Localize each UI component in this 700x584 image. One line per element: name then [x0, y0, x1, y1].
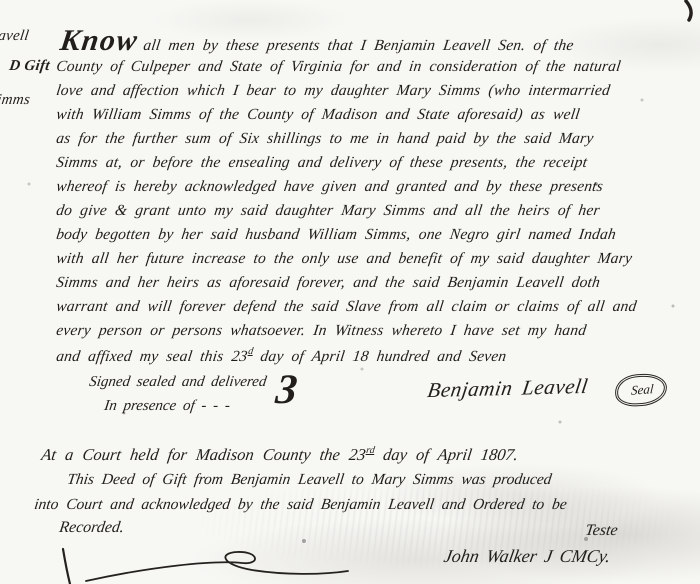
attestation-line-1: Signed sealed and delivered: [88, 374, 268, 391]
teste-label: Teste: [584, 522, 619, 540]
deed-body-line: do give & grant unto my said daughter Ma…: [55, 202, 601, 220]
deed-body-line: love and affection which I bear to my da…: [55, 82, 611, 100]
court-record-line-3: into Court and acknowledged by the said …: [33, 496, 568, 514]
seal-mark: Seal: [614, 372, 668, 408]
closing-line-text: and affixed my seal this 23: [55, 348, 249, 365]
deed-closing-line: and affixed my seal this 23d day of Apri…: [55, 346, 508, 366]
court-record-line-1: At a Court held for Madison County the 2…: [40, 445, 519, 465]
court-line-text: At a Court held for Madison County the 2…: [40, 445, 367, 464]
grantor-signature: Benjamin Leavell: [426, 374, 590, 403]
deed-body-line: with William Simms of the County of Madi…: [55, 106, 581, 124]
opening-line-text: all men by these presents that I Benjami…: [142, 37, 575, 54]
court-record-line-2: This Deed of Gift from Benjamin Leavell …: [66, 471, 553, 489]
deed-body-line: County of Culpeper and State of Virginia…: [55, 58, 622, 76]
closing-line-text: day of April 18 hundred and Seven: [251, 348, 507, 365]
court-line-text: day of April 1807.: [373, 445, 520, 464]
deed-body-line: Simms and her heirs as aforesaid forever…: [55, 274, 601, 292]
scan-noise-speckles: [0, 0, 2, 2]
deed-body-line: every person or persons whatsoever. In W…: [55, 322, 587, 340]
seal-label: Seal: [630, 381, 653, 399]
deed-body-line: as for the further sum of Six shillings …: [55, 130, 595, 148]
margin-docket-fragment: D Gift: [8, 58, 51, 75]
deed-body-line: body begotten by her said husband Willia…: [55, 226, 617, 244]
margin-docket-fragment: imms: [0, 92, 31, 109]
deed-body-line: warrant and will forever defend the said…: [55, 298, 638, 316]
attestation-line-2: In presence of - - -: [103, 398, 231, 415]
deed-body-line: whereof is hereby acknowledged have give…: [55, 178, 604, 196]
deed-body-line: Simms at, or before the ensealing and de…: [55, 154, 588, 172]
scanned-deed-document: avell } D Gift imms Knowall men by these…: [0, 0, 700, 584]
deed-body-line: with all her future increase to the only…: [55, 250, 633, 268]
clerk-signature: John Walker J CMCy.: [442, 546, 612, 567]
opening-word: Know: [58, 24, 140, 57]
deed-opening-line: Knowall men by these presents that I Ben…: [58, 24, 577, 58]
attestation-brace-flourish: 3: [273, 366, 299, 414]
margin-docket-fragment: avell: [0, 28, 30, 45]
court-record-line-4: Recorded.: [58, 519, 125, 537]
